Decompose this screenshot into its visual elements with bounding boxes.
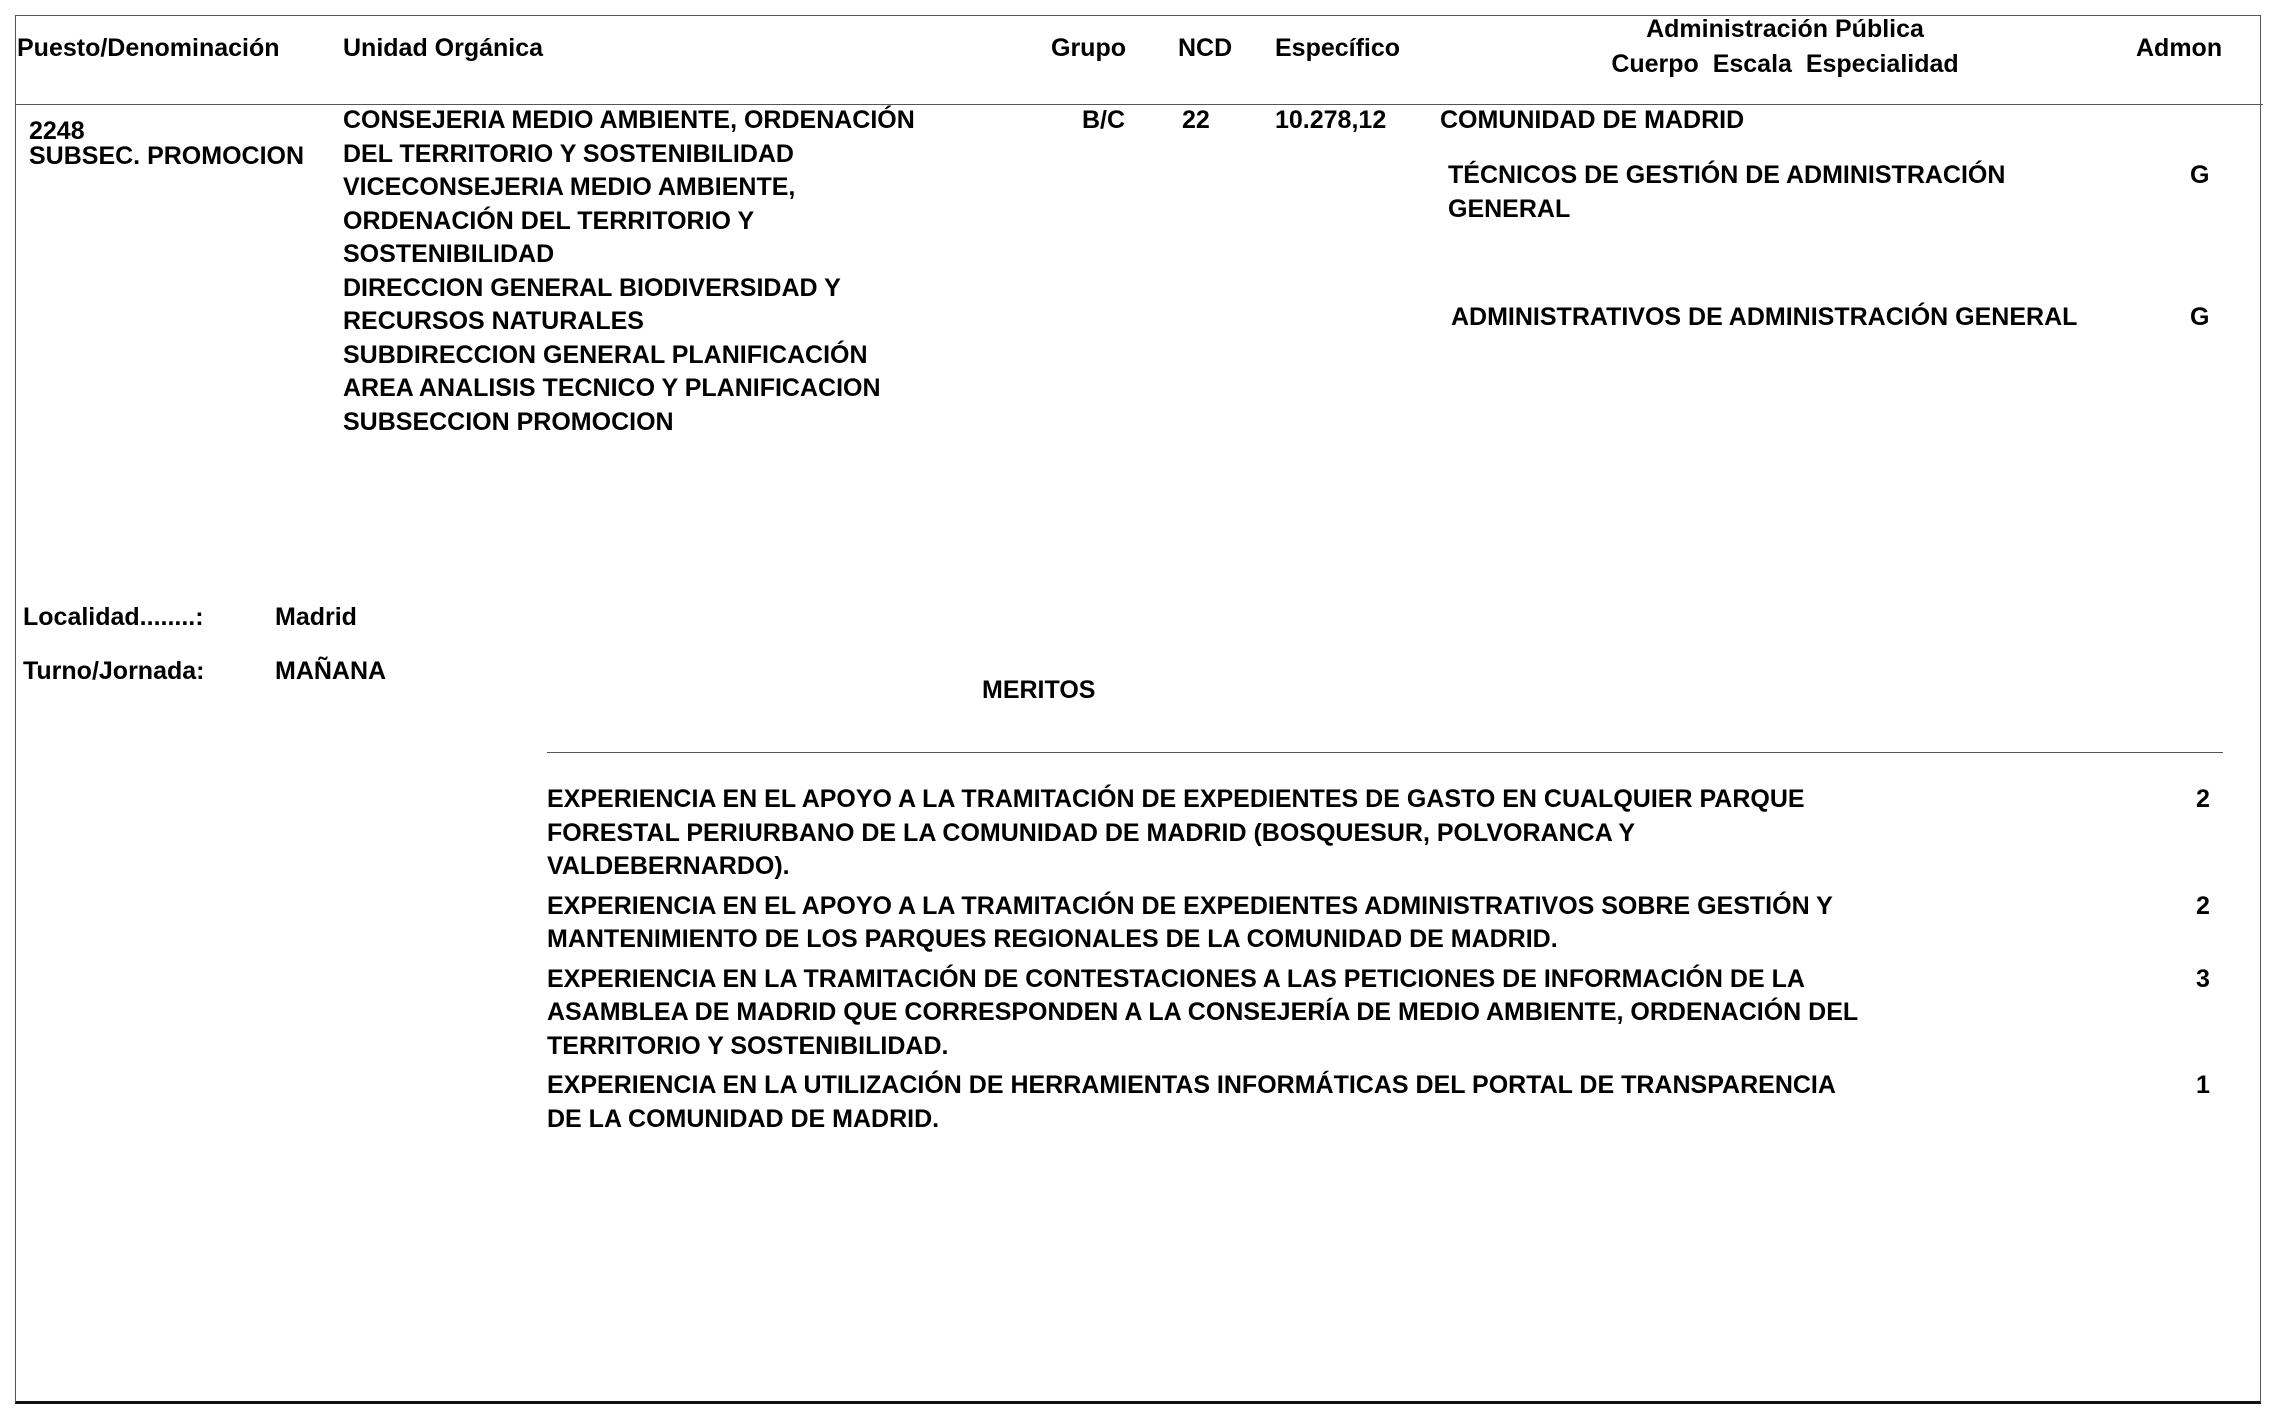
header-unidad: Unidad Orgánica xyxy=(343,32,543,66)
cuerpo-1-admon: G xyxy=(2190,159,2209,193)
merito-item: EXPERIENCIA EN EL APOYO A LA TRAMITACIÓN… xyxy=(547,890,1833,957)
unidad-organica-line: VICECONSEJERIA MEDIO AMBIENTE, xyxy=(343,171,915,205)
unidad-organica-line: SOSTENIBILIDAD xyxy=(343,238,915,272)
merito-item: EXPERIENCIA EN LA TRAMITACIÓN DE CONTEST… xyxy=(547,963,1858,1064)
unidad-organica: CONSEJERIA MEDIO AMBIENTE, ORDENACIÓNDEL… xyxy=(343,104,915,439)
unidad-organica-line: DIRECCION GENERAL BIODIVERSIDAD Y xyxy=(343,272,915,306)
header-admon: Admon xyxy=(2136,32,2222,66)
unidad-organica-line: CONSEJERIA MEDIO AMBIENTE, ORDENACIÓN xyxy=(343,104,915,138)
merito-line: FORESTAL PERIURBANO DE LA COMUNIDAD DE M… xyxy=(547,817,1805,851)
header-especifico: Específico xyxy=(1275,32,1400,66)
merito-line: EXPERIENCIA EN LA TRAMITACIÓN DE CONTEST… xyxy=(547,963,1858,997)
meritos-title: MERITOS xyxy=(982,674,1095,708)
turno-label: Turno/Jornada: xyxy=(23,655,204,689)
header-admin-publica: Administración Pública xyxy=(1540,13,2030,47)
ncd-value: 22 xyxy=(1182,104,1210,138)
merito-puntos: 2 xyxy=(2196,783,2210,817)
especifico-value: 10.278,12 xyxy=(1275,104,1386,138)
unidad-organica-line: DEL TERRITORIO Y SOSTENIBILIDAD xyxy=(343,138,915,172)
merito-line: EXPERIENCIA EN EL APOYO A LA TRAMITACIÓN… xyxy=(547,783,1805,817)
header-puesto: Puesto/Denominación xyxy=(17,32,280,66)
unidad-organica-line: SUBDIRECCION GENERAL PLANIFICACIÓN xyxy=(343,339,915,373)
unidad-organica-line: RECURSOS NATURALES xyxy=(343,305,915,339)
merito-line: DE LA COMUNIDAD DE MADRID. xyxy=(547,1103,1836,1137)
merito-item: EXPERIENCIA EN LA UTILIZACIÓN DE HERRAMI… xyxy=(547,1069,1836,1136)
merito-line: VALDEBERNARDO). xyxy=(547,850,1805,884)
unidad-organica-line: SUBSECCION PROMOCION xyxy=(343,406,915,440)
cuerpo-line: ADMINISTRATIVOS DE ADMINISTRACIÓN GENERA… xyxy=(1451,301,2077,335)
header-grupo: Grupo xyxy=(1051,32,1126,66)
cuerpo-2: ADMINISTRATIVOS DE ADMINISTRACIÓN GENERA… xyxy=(1451,301,2077,335)
merito-puntos: 3 xyxy=(2196,963,2210,997)
cuerpo-line: TÉCNICOS DE GESTIÓN DE ADMINISTRACIÓN xyxy=(1448,159,2005,193)
cuerpo-line: GENERAL xyxy=(1448,193,2005,227)
unidad-organica-line: ORDENACIÓN DEL TERRITORIO Y xyxy=(343,205,915,239)
merito-puntos: 1 xyxy=(2196,1069,2210,1103)
header-cuerpo-escala: Cuerpo Escala Especialidad xyxy=(1540,48,2030,82)
localidad-label: Localidad........: xyxy=(23,601,204,635)
grupo-value: B/C xyxy=(1082,104,1125,138)
merito-item: EXPERIENCIA EN EL APOYO A LA TRAMITACIÓN… xyxy=(547,783,1805,884)
merito-puntos: 2 xyxy=(2196,890,2210,924)
header-ncd: NCD xyxy=(1178,32,1232,66)
merito-line: ASAMBLEA DE MADRID QUE CORRESPONDEN A LA… xyxy=(547,996,1858,1030)
merito-line: MANTENIMIENTO DE LOS PARQUES REGIONALES … xyxy=(547,923,1833,957)
puesto-denominacion: SUBSEC. PROMOCION xyxy=(29,140,304,174)
merito-line: EXPERIENCIA EN LA UTILIZACIÓN DE HERRAMI… xyxy=(547,1069,1836,1103)
merito-line: EXPERIENCIA EN EL APOYO A LA TRAMITACIÓN… xyxy=(547,890,1833,924)
merito-line: TERRITORIO Y SOSTENIBILIDAD. xyxy=(547,1030,1858,1064)
turno-value: MAÑANA xyxy=(275,655,386,689)
administracion-value: COMUNIDAD DE MADRID xyxy=(1440,104,1744,138)
cuerpo-2-admon: G xyxy=(2190,301,2209,335)
localidad-value: Madrid xyxy=(275,601,357,635)
meritos-rule xyxy=(547,752,2223,753)
unidad-organica-line: AREA ANALISIS TECNICO Y PLANIFICACION xyxy=(343,372,915,406)
cuerpo-1: TÉCNICOS DE GESTIÓN DE ADMINISTRACIÓNGEN… xyxy=(1448,159,2005,226)
